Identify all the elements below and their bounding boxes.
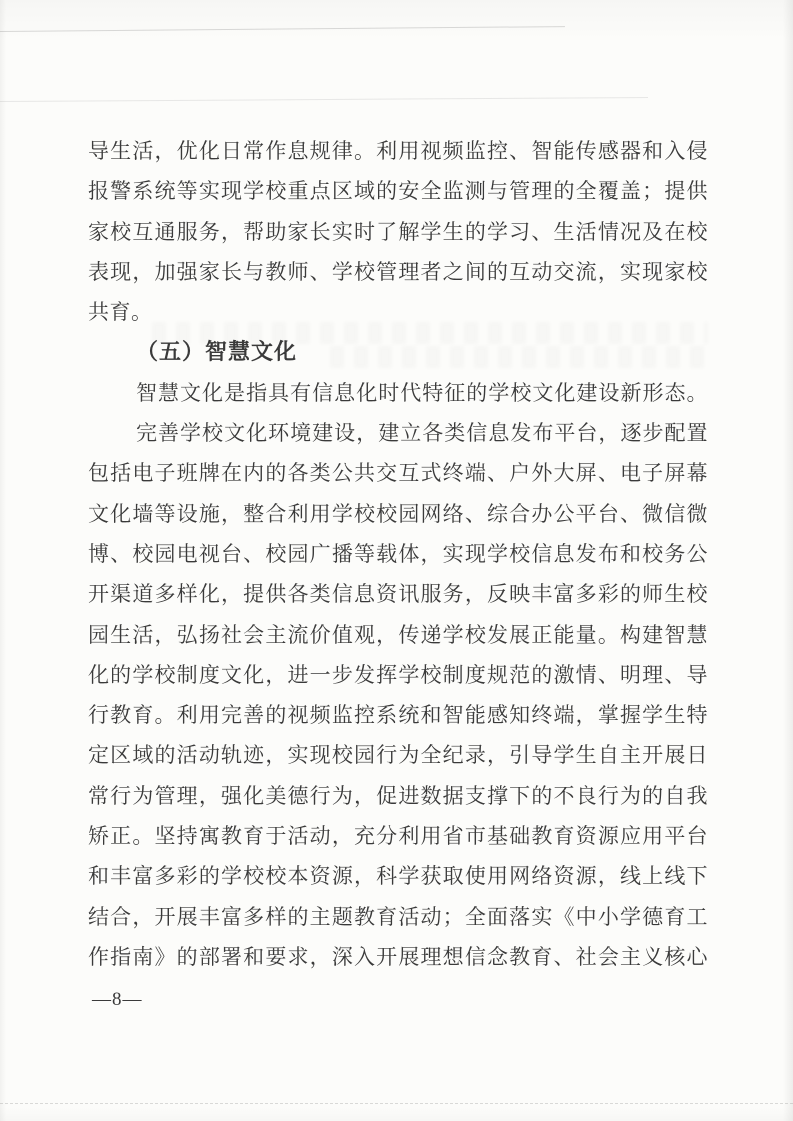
text-line: 包括电子班牌在内的各类公共交互式终端、户外大屏、电子屏幕: [88, 453, 708, 493]
text-line: 文化墙等设施，整合利用学校校园网络、综合办公平台、微信微: [88, 494, 708, 534]
text-line: 化的学校制度文化，进一步发挥学校制度规范的激情、明理、导: [88, 655, 708, 695]
text-line: 导生活，优化日常作息规律。利用视频监控、智能传感器和入侵: [88, 131, 708, 171]
text-line: 表现，加强家长与教师、学校管理者之间的互动交流，实现家校: [88, 252, 708, 292]
text-line: 常行为管理，强化美德行为，促进数据支撑下的不良行为的自我: [88, 776, 708, 816]
text-line: 行教育。利用完善的视频监控系统和智能感知终端，掌握学生特: [88, 695, 708, 735]
text-line: 结合，开展丰富多样的主题教育活动；全面落实《中小学德育工: [88, 897, 708, 937]
text-line: 作指南》的部署和要求，深入开展理想信念教育、社会主义核心: [88, 937, 708, 977]
text-line: 矫正。坚持寓教育于活动，充分利用省市基础教育资源应用平台: [88, 816, 708, 856]
text-line: 家校互通服务，帮助家长实时了解学生的学习、生活情况及在校: [88, 212, 708, 252]
text-line: 博、校园电视台、校园广播等载体，实现学校信息发布和校务公: [88, 534, 708, 574]
text-line: 共育。: [88, 292, 708, 332]
scan-artifact-line: [0, 26, 565, 32]
text-line: 完善学校文化环境建设，建立各类信息发布平台，逐步配置: [88, 413, 708, 453]
body-text-column: 导生活，优化日常作息规律。利用视频监控、智能传感器和入侵 报警系统等实现学校重点…: [88, 131, 708, 977]
scan-artifact-line: [0, 1103, 793, 1104]
scan-artifact-line: [0, 97, 648, 102]
text-line: 定区域的活动轨迹，实现校园行为全纪录，引导学生自主开展日: [88, 735, 708, 775]
scanned-document-page: { "meta": { "paper_color": "#fcfcfa", "i…: [0, 0, 793, 1121]
text-line: 和丰富多彩的学校校本资源，科学获取使用网络资源，线上线下: [88, 856, 708, 896]
section-heading: （五）智慧文化: [88, 332, 708, 372]
page-number: —8—: [92, 986, 143, 1014]
document-page: 导生活，优化日常作息规律。利用视频监控、智能传感器和入侵 报警系统等实现学校重点…: [0, 0, 793, 1121]
text-line: 开渠道多样化，提供各类信息资讯服务，反映丰富多彩的师生校: [88, 574, 708, 614]
text-line: 报警系统等实现学校重点区域的安全监测与管理的全覆盖；提供: [88, 171, 708, 211]
text-line: 智慧文化是指具有信息化时代特征的学校文化建设新形态。: [88, 373, 708, 413]
text-line: 园生活，弘扬社会主流价值观，传递学校发展正能量。构建智慧: [88, 615, 708, 655]
